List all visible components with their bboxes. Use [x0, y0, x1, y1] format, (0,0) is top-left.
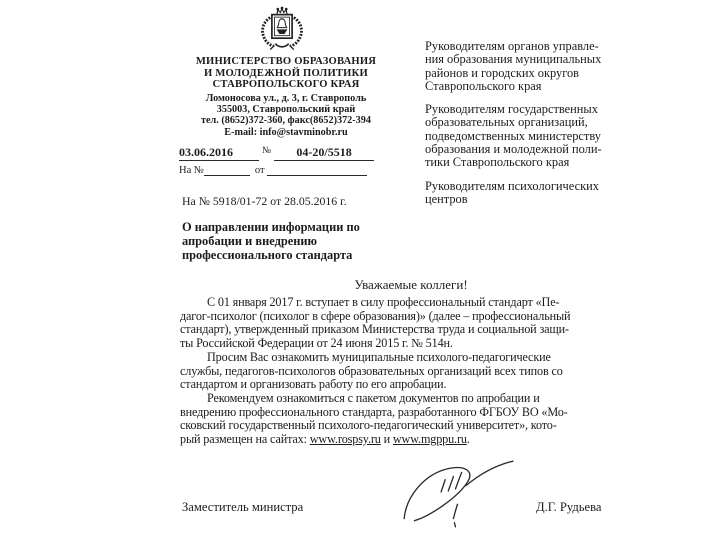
letter-subject: О направлении информации по апробации и …: [182, 220, 402, 263]
reply-from-label: от: [255, 165, 265, 176]
body-paragraph-1: С 01 января 2017 г. вступает в силу проф…: [180, 296, 652, 351]
outgoing-date: 03.06.2016: [179, 145, 259, 161]
letter-body: С 01 января 2017 г. вступает в силу проф…: [180, 296, 652, 447]
addressee-list: Руководителям органов управле- ния образ…: [425, 40, 645, 216]
addressee-state-organizations: Руководителям государственных образовате…: [425, 103, 645, 169]
addressee-municipal-education: Руководителям органов управле- ния образ…: [425, 40, 645, 93]
link-separator: и: [381, 432, 393, 446]
scanned-letter-page: МИНИСТЕРСТВО ОБРАЗОВАНИЯ И МОЛОДЕЖНОЙ ПО…: [0, 0, 720, 540]
outgoing-number-row: 03.06.2016 № 04-20/5518: [179, 145, 374, 161]
salutation: Уважаемые коллеги!: [180, 277, 642, 293]
handwritten-signature-icon: [398, 459, 516, 529]
reply-number-blank: [204, 164, 250, 176]
reply-label: На №: [179, 165, 204, 176]
signer-position: Заместитель министра: [182, 500, 303, 515]
mgppu-link: www.mgppu.ru: [393, 432, 467, 446]
ministry-name: МИНИСТЕРСТВО ОБРАЗОВАНИЯ И МОЛОДЕЖНОЙ ПО…: [155, 56, 417, 91]
incoming-reference-line: На № 5918/01-72 от 28.05.2016 г.: [182, 194, 347, 209]
outgoing-number: 04-20/5518: [274, 145, 374, 161]
ministry-contact-info: Ломоносова ул., д. 3, г. Ставрополь 3550…: [155, 93, 417, 138]
body-paragraph-3: Рекомендуем ознакомиться с пакетом докум…: [180, 392, 652, 447]
body-paragraph-2: Просим Вас ознакомить муниципальные псих…: [180, 351, 652, 392]
number-sign: №: [262, 146, 271, 156]
outgoing-number-form: 03.06.2016 № 04-20/5518 На № от: [179, 145, 374, 176]
reply-date-blank: [267, 164, 367, 176]
body-paragraph-3-period: .: [467, 432, 470, 446]
coat-of-arms-icon: [250, 2, 314, 55]
signer-name: Д.Г. Рудьева: [536, 500, 602, 515]
reply-reference-row: На № от: [179, 164, 374, 176]
addressee-psychological-centers: Руководителям психологических центров: [425, 180, 645, 207]
rospsy-link: www.rospsy.ru: [310, 432, 381, 446]
